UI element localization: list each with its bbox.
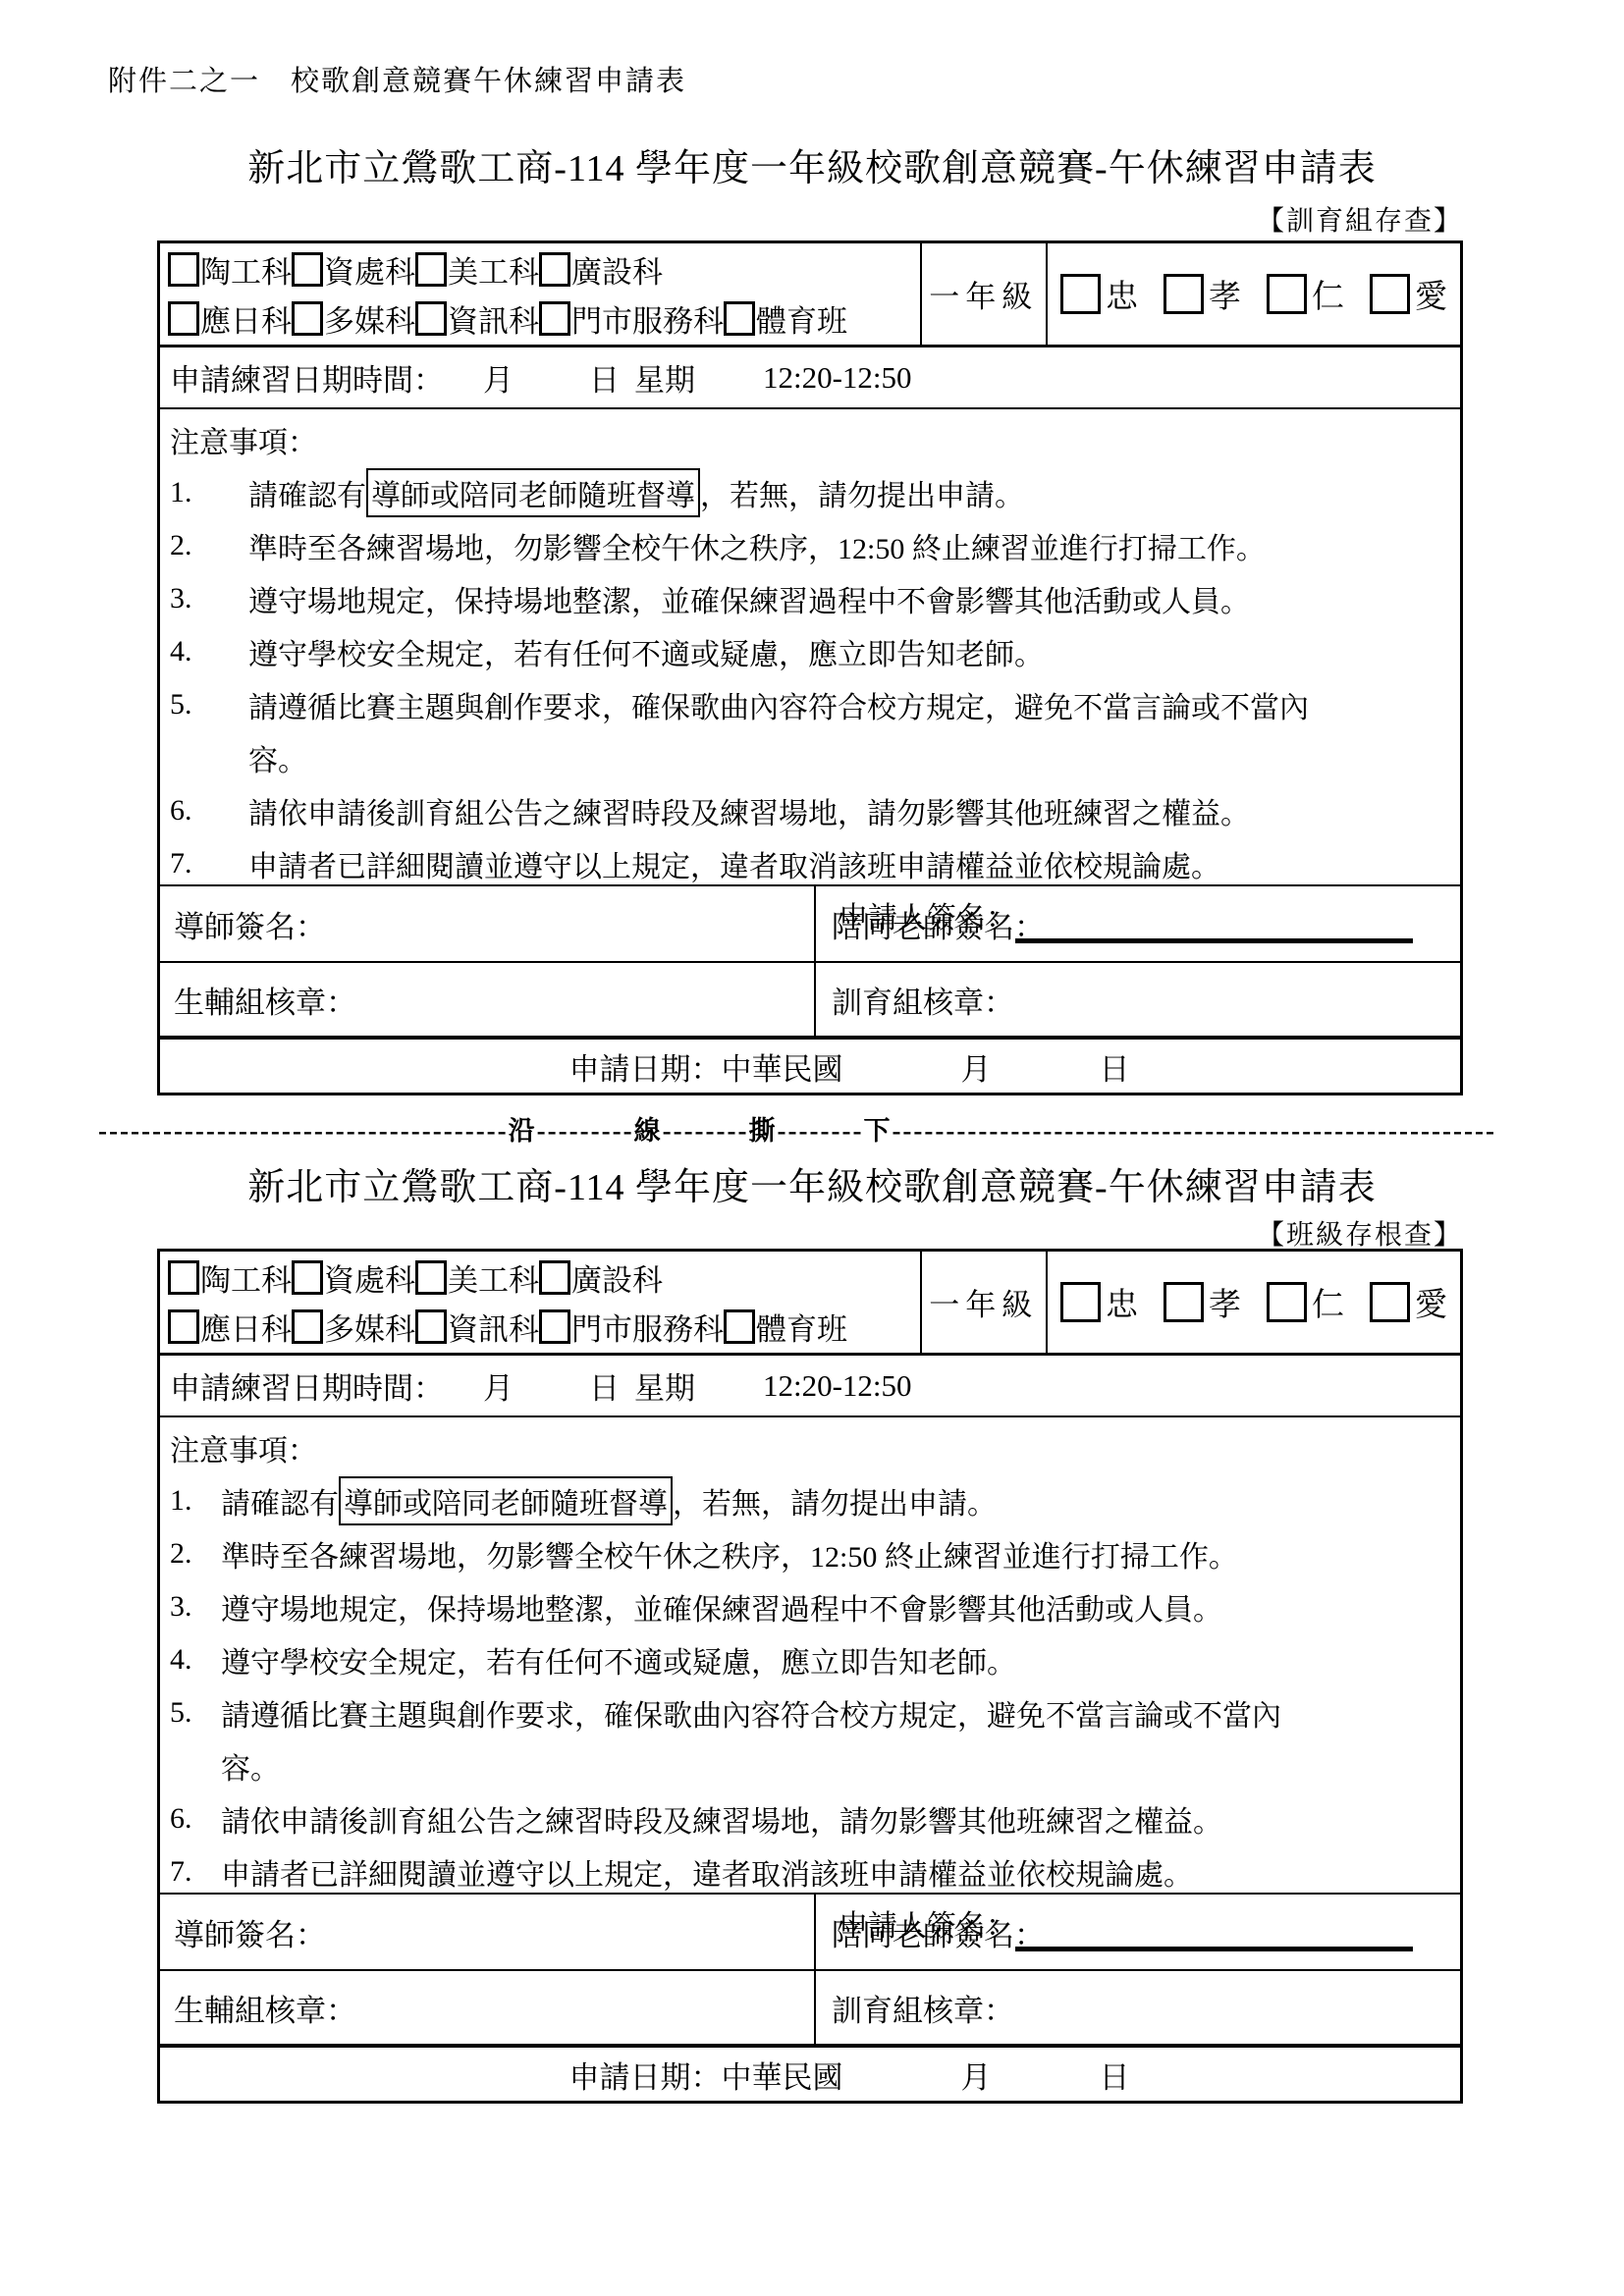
schedule-label: 申請練習日期時間：: [170, 355, 444, 400]
schedule-day-label: 日: [589, 355, 620, 400]
schedule-label: 申請練習日期時間：: [170, 1363, 444, 1408]
grade-cell: 一年級: [922, 243, 1048, 345]
note-item-5-wrap: 容。: [170, 1739, 1460, 1792]
note-text: 請遵循比賽主題與創作要求，確保歌曲內容符合校方規定，避免不當言論或不當內: [221, 1691, 1281, 1735]
checkbox-icon: [292, 301, 323, 336]
document-page: 附件二之一 校歌創意競賽午休練習申請表 新北市立鶯歌工商-114 學年度一年級校…: [0, 0, 1624, 2296]
note-number: 4.: [170, 635, 248, 668]
class-checkbox-item: 忠: [1060, 271, 1138, 317]
dept-label: 體育班: [756, 296, 847, 341]
tutor-sign-label: 導師簽名：: [174, 1910, 326, 1954]
checkbox-icon: [168, 1309, 199, 1344]
checkbox-icon: [415, 252, 447, 287]
apply-date-day-label: 日: [1100, 1044, 1130, 1089]
note-item-1: 1. 請確認有導師或陪同老師隨班督導，若無，請勿提出申請。: [170, 466, 1460, 519]
note-text: 請依申請後訓育組公告之練習時段及練習場地，請勿影響其他班練習之權益。: [221, 1797, 1222, 1841]
note-item-6: 6.請依申請後訓育組公告之練習時段及練習場地，請勿影響其他班練習之權益。: [170, 784, 1460, 837]
accompany-sign-cell: 陪同老師簽名：: [816, 1895, 1460, 1969]
checkbox-icon: [292, 1260, 323, 1295]
dept-label: 應日科: [200, 1305, 292, 1349]
class-checkbox-item: 忠: [1060, 1279, 1138, 1325]
notes-title-text: 注意事項：: [170, 418, 317, 461]
checkbox-icon: [539, 301, 570, 336]
stamp-row: 生輔組核章： 訓育組核章：: [160, 961, 1460, 1036]
department-cell: 陶工科 資處科 美工科 廣設科 應日科 多媒科 資訊科 門市服務科 體育班: [160, 243, 922, 345]
schedule-time: 12:20-12:50: [763, 360, 912, 396]
dept-grade-class-row: 陶工科 資處科 美工科 廣設科 應日科 多媒科 資訊科 門市服務科 體育班 一年…: [160, 1252, 1460, 1353]
class-label: 忠: [1106, 271, 1138, 317]
apply-date-label: 申請日期：中華民國: [569, 2053, 843, 2097]
dept-label: 廣設科: [571, 1255, 663, 1300]
application-form-table: 陶工科 資處科 美工科 廣設科 應日科 多媒科 資訊科 門市服務科 體育班 一年…: [157, 240, 1463, 1095]
apply-date-day-label: 日: [1100, 2053, 1130, 2097]
grade-label: 一年級: [929, 272, 1038, 316]
note-text: 遵守學校安全規定，若有任何不適或疑慮，應立即告知老師。: [248, 630, 1044, 673]
note-text-post: ，若無，請勿提出申請。: [673, 1488, 997, 1521]
note-number: 7.: [170, 847, 248, 881]
accompany-sign-label: 陪同老師簽名：: [832, 1910, 1045, 1954]
class-checkbox-item: 仁: [1267, 271, 1344, 317]
class-cell: 忠 孝 仁 愛: [1048, 243, 1460, 345]
discipline-stamp-label: 訓育組核章：: [832, 978, 1014, 1022]
note-text: 準時至各練習場地，勿影響全校午休之秩序，12:50 終止練習並進行打掃工作。: [248, 524, 1266, 567]
class-checkbox-item: 孝: [1164, 271, 1241, 317]
note-text: 申請者已詳細閱讀並遵守以上規定，違者取消該班申請權益並依校規論處。: [221, 1850, 1193, 1894]
dept-label: 應日科: [200, 296, 292, 341]
discipline-stamp-label: 訓育組核章：: [832, 1986, 1014, 2030]
signature-row-1: 導師簽名： 陪同老師簽名：: [160, 1893, 1460, 1969]
schedule-row: 申請練習日期時間： 月 日 星期 12:20-12:50: [160, 1353, 1460, 1415]
checkbox-icon: [539, 1309, 570, 1344]
note-number: 7.: [170, 1855, 221, 1889]
checkbox-icon: [292, 252, 323, 287]
accompany-sign-label: 陪同老師簽名：: [832, 902, 1045, 946]
class-label: 愛: [1415, 1279, 1447, 1325]
schedule-row: 申請練習日期時間： 月 日 星期 12:20-12:50: [160, 345, 1460, 407]
class-label: 忠: [1106, 1279, 1138, 1325]
note-item-4: 4.遵守學校安全規定，若有任何不適或疑慮，應立即告知老師。: [170, 1633, 1460, 1686]
note-number: 4.: [170, 1643, 221, 1677]
dept-label: 陶工科: [200, 1255, 292, 1300]
notes-cell: 注意事項： 1. 請確認有導師或陪同老師隨班督導，若無，請勿提出申請。 2.準時…: [160, 1415, 1460, 1893]
tutor-sign-cell: 導師簽名：: [160, 1895, 816, 1969]
checkbox-icon: [539, 1260, 570, 1295]
discipline-stamp-cell: 訓育組核章：: [816, 963, 1460, 1036]
checkbox-icon: [415, 1309, 447, 1344]
note-item-4: 4.遵守學校安全規定，若有任何不適或疑慮，應立即告知老師。: [170, 625, 1460, 678]
stamp-label: 【訓育組存查】: [1257, 199, 1463, 239]
application-form-table: 陶工科 資處科 美工科 廣設科 應日科 多媒科 資訊科 門市服務科 體育班 一年…: [157, 1249, 1463, 2104]
dept-grade-class-row: 陶工科 資處科 美工科 廣設科 應日科 多媒科 資訊科 門市服務科 體育班 一年…: [160, 243, 1460, 345]
dept-label: 資處科: [324, 1255, 415, 1300]
counseling-stamp-label: 生輔組核章：: [174, 1986, 356, 2030]
schedule-week-label: 星期: [634, 355, 695, 400]
checkbox-icon: [724, 1309, 755, 1344]
class-cell: 忠 孝 仁 愛: [1048, 1252, 1460, 1353]
note-item-5: 5.請遵循比賽主題與創作要求，確保歌曲內容符合校方規定，避免不當言論或不當內: [170, 678, 1460, 731]
schedule-month-label: 月: [483, 355, 514, 400]
note-text: 請遵循比賽主題與創作要求，確保歌曲內容符合校方規定，避免不當言論或不當內: [248, 683, 1309, 726]
checkbox-icon: [292, 1309, 323, 1344]
stamp-label: 【班級存根查】: [1257, 1213, 1463, 1253]
class-label: 愛: [1415, 271, 1447, 317]
dept-label: 門市服務科: [571, 1305, 724, 1349]
note-item-5: 5.請遵循比賽主題與創作要求，確保歌曲內容符合校方規定，避免不當言論或不當內: [170, 1686, 1460, 1739]
dept-label: 資訊科: [448, 296, 539, 341]
note-item-7: 7.申請者已詳細閱讀並遵守以上規定，違者取消該班申請權益並依校規論處。: [170, 837, 1460, 890]
note-number: 2.: [170, 1537, 221, 1571]
accompany-sign-cell: 陪同老師簽名：: [816, 886, 1460, 961]
grade-cell: 一年級: [922, 1252, 1048, 1353]
schedule-day-label: 日: [589, 1363, 620, 1408]
checkbox-icon: [1060, 274, 1101, 314]
dept-label: 資處科: [324, 247, 415, 292]
checkbox-icon: [724, 301, 755, 336]
notes-title: 注意事項：: [170, 1421, 1460, 1474]
dept-label: 門市服務科: [571, 296, 724, 341]
checkbox-icon: [1267, 274, 1307, 314]
apply-date-row: 申請日期：中華民國 月 日: [160, 2044, 1460, 2101]
dept-label: 陶工科: [200, 247, 292, 292]
note-number: 6.: [170, 1802, 221, 1836]
note-number: 5.: [170, 688, 248, 721]
note-text-post: ，若無，請勿提出申請。: [700, 480, 1024, 512]
note-number: 6.: [170, 794, 248, 828]
checkbox-icon: [168, 301, 199, 336]
note-item-1: 1. 請確認有導師或陪同老師隨班督導，若無，請勿提出申請。: [170, 1474, 1460, 1527]
checkbox-icon: [1267, 1282, 1307, 1322]
department-line-2: 應日科 多媒科 資訊科 門市服務科 體育班: [168, 1305, 920, 1349]
supervision-boxed-text: 導師或陪同老師隨班督導: [366, 468, 700, 517]
checkbox-icon: [1370, 274, 1410, 314]
note-text: 容。: [221, 1744, 280, 1788]
class-label: 孝: [1209, 271, 1241, 317]
form-title: 新北市立鶯歌工商-114 學年度一年級校歌創意競賽-午休練習申請表: [0, 1156, 1624, 1210]
checkbox-icon: [415, 301, 447, 336]
note-item-3: 3.遵守場地規定，保持場地整潔，並確保練習過程中不會影響其他活動或人員。: [170, 572, 1460, 625]
note-text: 請確認有導師或陪同老師隨班督導，若無，請勿提出申請。: [221, 1476, 997, 1525]
note-item-3: 3.遵守場地規定，保持場地整潔，並確保練習過程中不會影響其他活動或人員。: [170, 1580, 1460, 1633]
checkbox-icon: [1060, 1282, 1101, 1322]
dept-label: 多媒科: [324, 1305, 415, 1349]
dept-label: 美工科: [448, 247, 539, 292]
class-checkbox-item: 愛: [1370, 1279, 1447, 1325]
apply-date-month-label: 月: [961, 1044, 992, 1089]
department-line-2: 應日科 多媒科 資訊科 門市服務科 體育班: [168, 296, 920, 341]
counseling-stamp-label: 生輔組核章：: [174, 978, 356, 1022]
checkbox-icon: [1370, 1282, 1410, 1322]
form-title: 新北市立鶯歌工商-114 學年度一年級校歌創意競賽-午休練習申請表: [0, 137, 1624, 191]
note-text: 請確認有導師或陪同老師隨班督導，若無，請勿提出申請。: [248, 468, 1024, 517]
note-number: 1.: [170, 476, 248, 509]
cut-line: --------------------------------------沿-…: [98, 1109, 1532, 1148]
attachment-label: 附件二之一 校歌創意競賽午休練習申請表: [108, 59, 686, 99]
dept-label: 廣設科: [571, 247, 663, 292]
checkbox-icon: [539, 252, 570, 287]
dept-label: 美工科: [448, 1255, 539, 1300]
note-item-2: 2.準時至各練習場地，勿影響全校午休之秩序，12:50 終止練習並進行打掃工作。: [170, 1527, 1460, 1580]
signature-row-1: 導師簽名： 陪同老師簽名：: [160, 884, 1460, 961]
note-item-5-wrap: 容。: [170, 731, 1460, 784]
note-text: 遵守學校安全規定，若有任何不適或疑慮，應立即告知老師。: [221, 1638, 1016, 1682]
note-item-7: 7.申請者已詳細閱讀並遵守以上規定，違者取消該班申請權益並依校規論處。: [170, 1845, 1460, 1898]
class-checkbox-item: 仁: [1267, 1279, 1344, 1325]
note-number: 3.: [170, 1590, 221, 1624]
note-text: 準時至各練習場地，勿影響全校午休之秩序，12:50 終止練習並進行打掃工作。: [221, 1532, 1238, 1575]
schedule-time: 12:20-12:50: [763, 1368, 912, 1404]
department-cell: 陶工科 資處科 美工科 廣設科 應日科 多媒科 資訊科 門市服務科 體育班: [160, 1252, 922, 1353]
counseling-stamp-cell: 生輔組核章：: [160, 963, 816, 1036]
dept-label: 資訊科: [448, 1305, 539, 1349]
note-text: 容。: [248, 736, 307, 779]
note-text-pre: 請確認有: [221, 1488, 339, 1521]
supervision-boxed-text: 導師或陪同老師隨班督導: [339, 1476, 673, 1525]
note-text: 申請者已詳細閱讀並遵守以上規定，違者取消該班申請權益並依校規論處。: [248, 842, 1220, 885]
class-checkbox-item: 愛: [1370, 271, 1447, 317]
note-item-2: 2.準時至各練習場地，勿影響全校午休之秩序，12:50 終止練習並進行打掃工作。: [170, 519, 1460, 572]
note-text: 遵守場地規定，保持場地整潔，並確保練習過程中不會影響其他活動或人員。: [248, 577, 1250, 620]
note-text: 遵守場地規定，保持場地整潔，並確保練習過程中不會影響其他活動或人員。: [221, 1585, 1222, 1629]
checkbox-icon: [168, 1260, 199, 1295]
schedule-month-label: 月: [483, 1363, 514, 1408]
schedule-week-label: 星期: [634, 1363, 695, 1408]
apply-date-month-label: 月: [961, 2053, 992, 2097]
class-label: 仁: [1312, 271, 1344, 317]
notes-title: 注意事項：: [170, 413, 1460, 466]
department-line-1: 陶工科 資處科 美工科 廣設科: [168, 247, 920, 292]
dept-label: 多媒科: [324, 296, 415, 341]
tutor-sign-cell: 導師簽名：: [160, 886, 816, 961]
note-number: 1.: [170, 1484, 221, 1518]
apply-date-row: 申請日期：中華民國 月 日: [160, 1036, 1460, 1093]
note-number: 2.: [170, 529, 248, 562]
note-number: 5.: [170, 1696, 221, 1730]
note-number: 3.: [170, 582, 248, 615]
class-label: 仁: [1312, 1279, 1344, 1325]
checkbox-icon: [1164, 274, 1204, 314]
checkbox-icon: [1164, 1282, 1204, 1322]
tutor-sign-label: 導師簽名：: [174, 902, 326, 946]
note-text-pre: 請確認有: [248, 480, 366, 512]
checkbox-icon: [168, 252, 199, 287]
class-label: 孝: [1209, 1279, 1241, 1325]
department-line-1: 陶工科 資處科 美工科 廣設科: [168, 1255, 920, 1300]
counseling-stamp-cell: 生輔組核章：: [160, 1971, 816, 2044]
notes-title-text: 注意事項：: [170, 1426, 317, 1469]
note-text: 請依申請後訓育組公告之練習時段及練習場地，請勿影響其他班練習之權益。: [248, 789, 1250, 832]
class-checkbox-item: 孝: [1164, 1279, 1241, 1325]
stamp-row: 生輔組核章： 訓育組核章：: [160, 1969, 1460, 2044]
checkbox-icon: [415, 1260, 447, 1295]
apply-date-label: 申請日期：中華民國: [569, 1044, 843, 1089]
dept-label: 體育班: [756, 1305, 847, 1349]
discipline-stamp-cell: 訓育組核章：: [816, 1971, 1460, 2044]
notes-cell: 注意事項： 1. 請確認有導師或陪同老師隨班督導，若無，請勿提出申請。 2.準時…: [160, 407, 1460, 884]
note-item-6: 6.請依申請後訓育組公告之練習時段及練習場地，請勿影響其他班練習之權益。: [170, 1792, 1460, 1845]
grade-label: 一年級: [929, 1280, 1038, 1324]
